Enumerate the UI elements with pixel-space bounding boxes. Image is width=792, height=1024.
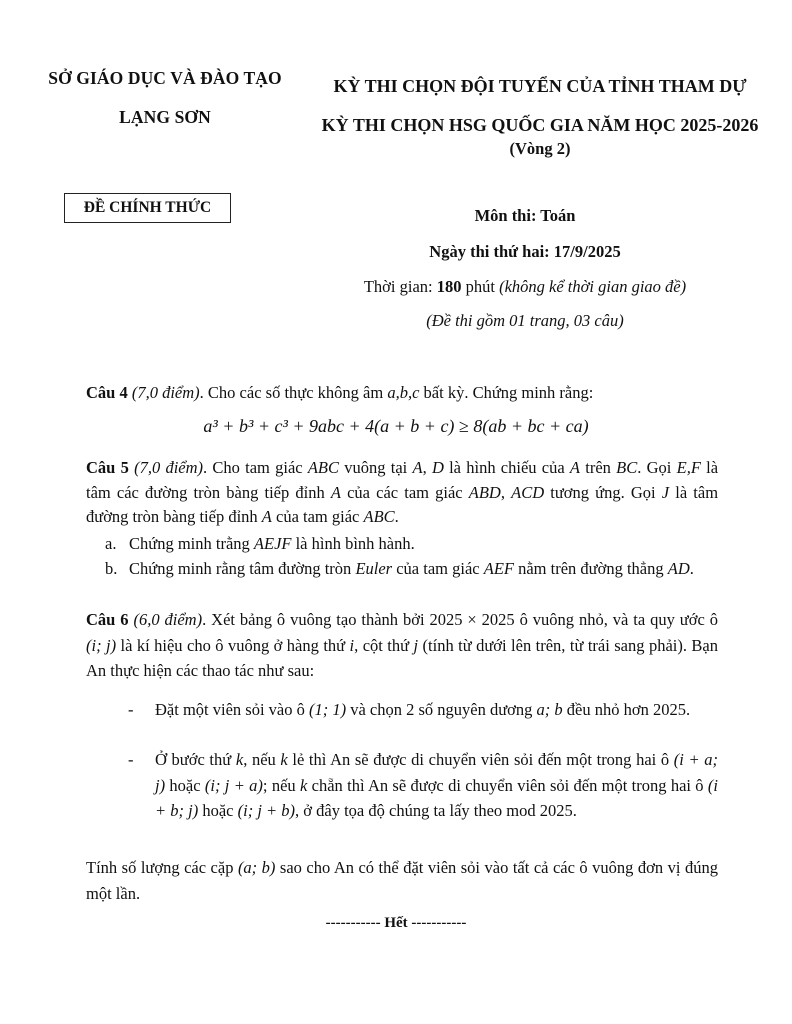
math-expression: J [662, 483, 669, 502]
question-label: Câu 4 [86, 383, 128, 402]
exam-round: (Vòng 2) [300, 139, 780, 159]
question-6-closing: Tính số lượng các cặp (a; b) sao cho An … [86, 855, 718, 907]
exam-date: Ngày thi thứ hai: 17/9/2025 [320, 242, 730, 262]
text-segment: Tính số lượng các cặp [86, 858, 238, 877]
math-expression: ACD [511, 483, 544, 502]
end-marker: ----------- Hết ----------- [0, 915, 792, 932]
equation-lhs: a³ + b³ + c³ + 9abc + 4(a + b + c) [203, 416, 454, 436]
text-segment: . Gọi [637, 458, 676, 477]
question-5-part-a: a. Chứng minh trằng AEJF là hình bình hà… [105, 532, 717, 557]
exam-duration: Thời gian: 180 phút (không kể thời gian … [320, 277, 730, 297]
text-segment: là kí hiệu cho ô vuông ở hàng thứ [116, 636, 349, 655]
equation-rhs: 8(ab + bc + ca) [473, 416, 588, 436]
text-segment: chẵn thì An sẽ được di chuyển viên sỏi đ… [307, 776, 708, 795]
province-name: LẠNG SƠN [20, 107, 310, 128]
equation-relation: ≥ [459, 416, 469, 436]
math-expression: ABC [364, 507, 395, 526]
bullet-dash: - [128, 747, 134, 773]
math-expression: A [262, 507, 272, 526]
text-segment: lẻ thì An sẽ được di chuyển viên sỏi đến… [288, 750, 674, 769]
math-expression: k [280, 750, 287, 769]
math-expression: (a; b) [238, 858, 275, 877]
question-5: Câu 5 (7,0 điểm). Cho tam giác ABC vuông… [86, 456, 718, 530]
text-segment: Ở bước thứ [155, 750, 236, 769]
text-segment: . Xét bảng ô vuông tạo thành bởi 2025 × … [202, 610, 718, 629]
duration-note: (không kể thời gian giao đề) [499, 277, 686, 296]
text-segment: Đặt một viên sỏi vào ô [155, 700, 309, 719]
exam-title-line2: KỲ THI CHỌN HSG QUỐC GIA NĂM HỌC 2025-20… [300, 115, 780, 136]
math-expression: A [570, 458, 580, 477]
math-expression: ABC [308, 458, 339, 477]
text-segment: của tam giác [392, 559, 484, 578]
text-segment: đều nhỏ hơn 2025. [563, 700, 690, 719]
exam-subject: Môn thi: Toán [320, 206, 730, 226]
question-6-step-2: - Ở bước thứ k, nếu k lẻ thì An sẽ được … [128, 747, 718, 824]
inequality-equation: a³ + b³ + c³ + 9abc + 4(a + b + c) ≥ 8(a… [0, 416, 792, 437]
exam-title-line1: KỲ THI CHỌN ĐỘI TUYỂN CỦA TỈNH THAM DỰ [300, 76, 780, 97]
question-6: Câu 6 (6,0 điểm). Xét bảng ô vuông tạo t… [86, 607, 718, 684]
question-text: . Cho các số thực không âm [200, 383, 388, 402]
text-segment: . [690, 559, 694, 578]
part-text: Chứng minh trằng AEJF là hình bình hành. [129, 532, 717, 557]
question-6-step-1: - Đặt một viên sỏi vào ô (1; 1) và chọn … [128, 697, 718, 723]
text-segment: trên [580, 458, 616, 477]
math-expression: BC [616, 458, 637, 477]
text-segment: là hình bình hành. [291, 534, 414, 553]
exam-pages-note: (Đề thi gồm 01 trang, 03 câu) [320, 311, 730, 331]
question-label: Câu 6 [86, 610, 129, 629]
part-label: b. [105, 557, 117, 582]
math-vars: a,b,c [387, 383, 419, 402]
step-text: Ở bước thứ k, nếu k lẻ thì An sẽ được di… [155, 747, 718, 824]
math-expression: AEJF [254, 534, 292, 553]
official-exam-badge: ĐỀ CHÍNH THỨC [64, 193, 231, 223]
math-expression: Euler [355, 559, 392, 578]
text-segment: của tam giác [272, 507, 364, 526]
duration-label: Thời gian: [364, 277, 437, 296]
text-segment: tương ứng. Gọi [544, 483, 662, 502]
text-segment: là hình chiếu của [444, 458, 570, 477]
text-segment: , cột thứ [354, 636, 413, 655]
text-segment: và chọn 2 số nguyên dương [346, 700, 536, 719]
text-segment: , nếu [243, 750, 280, 769]
text-segment: Chứng minh rằng tâm đường tròn [129, 559, 355, 578]
text-segment: hoặc [165, 776, 205, 795]
math-expression: D [432, 458, 444, 477]
question-points: (6,0 điểm) [133, 610, 202, 629]
duration-value: 180 [437, 277, 462, 296]
step-text: Đặt một viên sỏi vào ô (1; 1) và chọn 2 … [155, 697, 718, 723]
question-4: Câu 4 (7,0 điểm). Cho các số thực không … [86, 381, 718, 406]
math-expression: E,F [677, 458, 701, 477]
text-segment: . [395, 507, 399, 526]
math-expression: (i; j + b) [238, 801, 295, 820]
math-expression: (i; j + a) [205, 776, 263, 795]
question-points: (7,0 điểm) [134, 458, 203, 477]
text-segment: , [423, 458, 432, 477]
text-segment: của các tam giác [341, 483, 469, 502]
part-label: a. [105, 532, 116, 557]
text-segment: vuông tại [339, 458, 412, 477]
text-segment: Chứng minh trằng [129, 534, 254, 553]
math-expression: (i; j) [86, 636, 116, 655]
text-segment: , [501, 483, 511, 502]
math-expression: ABD [469, 483, 501, 502]
math-expression: A [331, 483, 341, 502]
math-expression: a; b [537, 700, 563, 719]
text-segment: . Cho tam giác [203, 458, 308, 477]
text-segment: ; nếu [263, 776, 300, 795]
text-segment: nằm trên đường thẳng [514, 559, 668, 578]
text-segment: hoặc [198, 801, 237, 820]
department-name: SỞ GIÁO DỤC VÀ ĐÀO TẠO [20, 68, 310, 89]
question-5-part-b: b. Chứng minh rằng tâm đường tròn Euler … [105, 557, 717, 582]
text-segment: , ở đây tọa độ chúng ta lấy theo mod 202… [295, 801, 577, 820]
question-text: bất kỳ. Chứng minh rằng: [419, 383, 593, 402]
math-expression: (1; 1) [309, 700, 346, 719]
question-points: (7,0 điểm) [132, 383, 200, 402]
bullet-dash: - [128, 697, 134, 723]
math-expression: AD [668, 559, 690, 578]
math-expression: A [412, 458, 422, 477]
math-expression: AEF [484, 559, 514, 578]
part-text: Chứng minh rằng tâm đường tròn Euler của… [129, 557, 717, 582]
duration-unit: phút [461, 277, 499, 296]
question-label: Câu 5 [86, 458, 129, 477]
question-text: Tính số lượng các cặp (a; b) sao cho An … [86, 858, 718, 903]
